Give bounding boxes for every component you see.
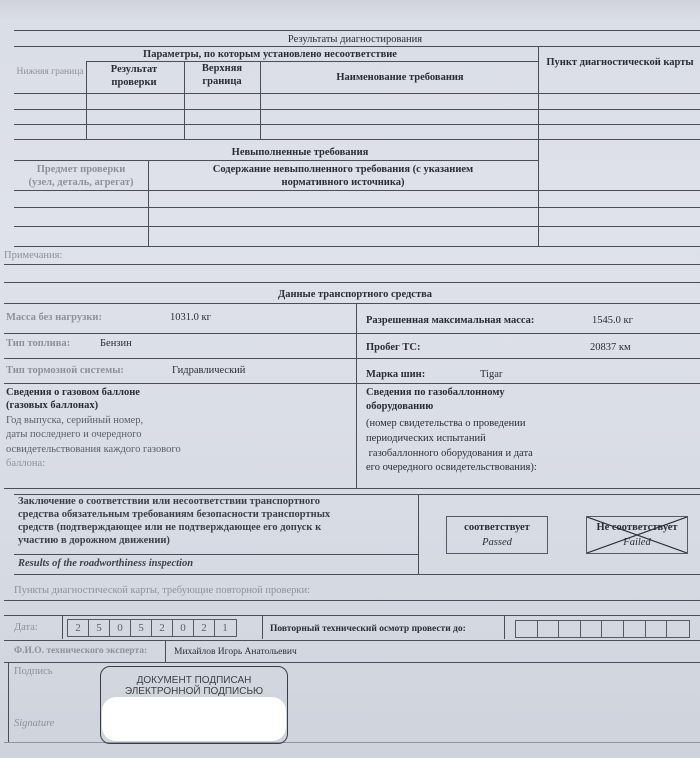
redaction-mark	[102, 697, 286, 741]
max-mass-value: 1545.0 кг	[592, 314, 633, 327]
gas-equipment-title-2: оборудованию	[366, 400, 433, 413]
divider	[4, 662, 700, 663]
date-digits: 25052021	[67, 619, 237, 637]
mileage-label: Пробег ТС:	[366, 341, 421, 354]
divider	[4, 600, 700, 601]
digit-cell	[624, 621, 646, 637]
reinspection-digits	[515, 620, 690, 638]
gas-cylinder-title-2: (газовых баллонах)	[6, 399, 98, 412]
conclusion-text-1: Заключение о соответствии или несоответс…	[18, 495, 320, 508]
gas-cylinder-desc-4: баллона:	[6, 457, 45, 470]
unladen-mass-label: Масса без нагрузки:	[6, 311, 102, 324]
table-row	[14, 226, 700, 227]
gas-cylinder-desc-3: освидетельствования каждого газового	[6, 443, 181, 456]
digit-cell	[602, 621, 624, 637]
diagnostics-title: Результаты диагностирования	[180, 33, 530, 46]
params-header: Параметры, по которым установлено несоот…	[60, 48, 480, 61]
date-label: Дата:	[14, 621, 38, 634]
divider	[504, 615, 505, 639]
mileage-value: 20837 км	[590, 341, 631, 354]
divider	[14, 160, 538, 161]
divider	[86, 61, 87, 139]
table-row	[14, 139, 700, 140]
reinspection-label: Повторный технический осмотр провести до…	[270, 623, 466, 636]
passed-label-en: Passed	[447, 536, 547, 549]
col-check-subject-1: Предмет проверки	[14, 163, 148, 176]
divider	[260, 61, 261, 139]
gas-cylinder-desc-2: даты последнего и очередного	[6, 428, 142, 441]
fuel-value: Бензин	[100, 337, 132, 350]
conclusion-text-2: средства обязательным требованиям безопа…	[18, 508, 330, 521]
col-requirement-name: Наименование требования	[262, 71, 538, 84]
table-row	[14, 207, 700, 208]
digit-cell	[559, 621, 581, 637]
roadworthiness-label: Results of the roadworthiness inspection	[18, 557, 193, 570]
fuel-label: Тип топлива:	[6, 337, 70, 350]
divider	[14, 554, 418, 555]
digit-cell	[581, 621, 603, 637]
passed-box: соответствует Passed	[446, 516, 548, 554]
col-check-subject-2: (узел, деталь, агрегат)	[14, 176, 148, 189]
expert-name: Михайлов Игорь Анатольевич	[174, 646, 297, 659]
divider	[4, 303, 700, 304]
failed-box: Не соответствует Failed	[586, 516, 688, 554]
notes-label: Примечания:	[4, 249, 62, 262]
digit-cell: 1	[215, 620, 235, 636]
col-check-result: Результат проверки	[88, 63, 180, 89]
digit-cell: 5	[89, 620, 110, 636]
divider	[356, 303, 357, 488]
gas-equipment-desc-1: (номер свидетельства о проведении	[366, 417, 526, 430]
digit-cell	[667, 621, 688, 637]
recheck-label: Пункты диагностической карты, требующие …	[14, 584, 310, 597]
table-row	[14, 246, 700, 247]
conclusion-text-4: участию в дорожном движении)	[18, 534, 170, 547]
gas-equipment-desc-4: его очередного освидетельствования):	[366, 461, 537, 474]
divider	[8, 662, 9, 742]
vehicle-title: Данные транспортного средства	[180, 288, 530, 301]
passed-label-ru: соответствует	[447, 521, 547, 534]
max-mass-label: Разрешенная максимальная масса:	[366, 314, 534, 327]
divider	[4, 358, 700, 359]
divider	[262, 615, 263, 639]
gas-equipment-title-1: Сведения по газобаллонному	[366, 386, 505, 399]
divider	[148, 160, 149, 246]
gas-equipment-desc-3: газобаллонного оборудования и дата	[366, 447, 533, 460]
gas-cylinder-desc-1: Год выпуска, серийный номер,	[6, 414, 143, 427]
divider	[4, 615, 700, 616]
cross-out-icon	[587, 517, 687, 553]
digit-cell: 0	[110, 620, 131, 636]
table-row	[14, 93, 700, 94]
signature-label-en: Signature	[14, 717, 54, 730]
expert-label: Ф.И.О. технического эксперта:	[14, 645, 147, 658]
table-row	[14, 190, 700, 191]
digit-cell: 0	[173, 620, 194, 636]
divider	[4, 383, 700, 384]
divider	[4, 282, 700, 283]
digit-cell: 2	[68, 620, 89, 636]
divider	[4, 488, 700, 489]
brake-label: Тип тормозной системы:	[6, 364, 124, 377]
table-row	[14, 124, 700, 125]
col-diag-card-item: Пункт диагностической карты	[542, 56, 698, 69]
divider	[14, 30, 700, 31]
digit-cell	[646, 621, 668, 637]
digit-cell: 2	[194, 620, 215, 636]
divider	[62, 615, 63, 639]
gas-cylinder-title-1: Сведения о газовом баллоне	[6, 386, 140, 399]
tire-label: Марка шин:	[366, 368, 425, 381]
photo-shadow	[0, 0, 700, 18]
divider	[14, 574, 700, 575]
divider	[4, 264, 700, 265]
divider	[86, 61, 538, 62]
brake-value: Гидравлический	[172, 364, 245, 377]
signature-label-ru: Подпись	[14, 665, 53, 678]
tire-value: Tigar	[480, 368, 502, 381]
table-row	[14, 109, 700, 110]
col-unmet-content-2: нормативного источника)	[150, 176, 536, 189]
col-upper-bound: Верхняя граница	[186, 62, 258, 88]
divider	[418, 494, 419, 574]
digit-cell: 2	[152, 620, 173, 636]
divider	[4, 640, 700, 641]
gas-equipment-desc-2: периодических испытаний	[366, 432, 486, 445]
divider	[165, 640, 166, 662]
digit-cell	[538, 621, 560, 637]
conclusion-text-3: средств (подтверждающее или не подтвержд…	[18, 521, 321, 534]
divider	[184, 61, 185, 139]
digit-cell: 5	[131, 620, 152, 636]
digit-cell	[516, 621, 538, 637]
unladen-mass-value: 1031.0 кг	[170, 311, 211, 324]
divider	[4, 333, 700, 334]
unmet-title: Невыполненные требования	[60, 146, 540, 159]
col-unmet-content-1: Содержание невыполненного требования (с …	[150, 163, 536, 176]
divider	[14, 46, 700, 47]
col-lower-bound: Нижняя граница	[14, 66, 86, 79]
